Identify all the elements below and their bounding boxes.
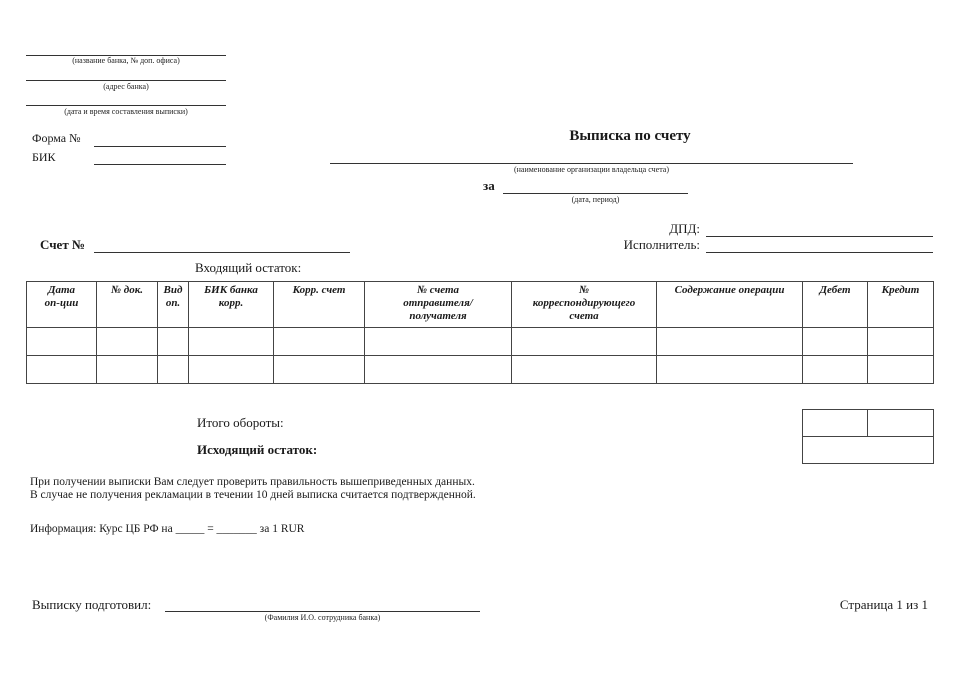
table-cell[interactable] (189, 328, 274, 356)
prepared-by-label: Выписку подготовил: (32, 597, 151, 613)
column-header-corresponding-account: №корреспондирующегосчета (512, 282, 657, 328)
table-cell[interactable] (803, 356, 868, 384)
column-header-corr-bank-bik: БИК банкакорр. (189, 282, 274, 328)
bank-address-caption: (адрес банка) (26, 82, 226, 91)
form-number-label: Форма № (32, 131, 81, 146)
statement-table: Датаоп-ции № док. Видоп. БИК банкакорр. … (26, 281, 934, 384)
dpd-field[interactable] (706, 236, 933, 237)
column-header-debit: Дебет (803, 282, 868, 328)
table-cell[interactable] (158, 328, 189, 356)
page-number: Страница 1 из 1 (780, 597, 928, 613)
opening-balance-label: Входящий остаток: (195, 260, 301, 276)
bank-address-line[interactable] (26, 80, 226, 81)
totals-table (802, 409, 934, 464)
executor-field[interactable] (706, 252, 933, 253)
table-cell[interactable] (512, 328, 657, 356)
table-row (27, 356, 934, 384)
bik-field[interactable] (94, 164, 226, 165)
table-cell[interactable] (97, 356, 158, 384)
datetime-caption: (дата и время составления выписки) (26, 107, 226, 116)
column-header-doc-number: № док. (97, 282, 158, 328)
table-cell[interactable] (365, 328, 512, 356)
bik-label: БИК (32, 150, 56, 165)
exchange-rate-info: Информация: Курс ЦБ РФ на _____ = ______… (30, 523, 304, 535)
table-cell[interactable] (189, 356, 274, 384)
dpd-label: ДПД: (600, 221, 700, 237)
datetime-line[interactable] (26, 105, 226, 106)
column-header-credit: Кредит (868, 282, 934, 328)
table-header-row: Датаоп-ции № док. Видоп. БИК банкакорр. … (27, 282, 934, 328)
table-cell[interactable] (27, 356, 97, 384)
bank-name-caption: (название банка, № доп. офиса) (26, 56, 226, 65)
closing-balance-label: Исходящий остаток: (197, 442, 317, 458)
account-number-label: Счет № (40, 237, 85, 253)
notice-line-1: При получении выписки Вам следует провер… (30, 476, 475, 488)
closing-balance-cell[interactable] (803, 437, 934, 464)
table-row (27, 328, 934, 356)
table-cell[interactable] (868, 328, 934, 356)
column-header-corr-account: Корр. счет (274, 282, 365, 328)
column-header-date: Датаоп-ции (27, 282, 97, 328)
column-header-description: Содержание операции (657, 282, 803, 328)
period-field[interactable] (503, 193, 688, 194)
column-header-sender-receiver-account: № счетаотправителя/получателя (365, 282, 512, 328)
period-label: за (483, 178, 495, 194)
credit-total-cell[interactable] (868, 410, 934, 437)
form-number-field[interactable] (94, 146, 226, 147)
period-caption: (дата, период) (503, 195, 688, 204)
debit-total-cell[interactable] (803, 410, 868, 437)
table-cell[interactable] (512, 356, 657, 384)
table-cell[interactable] (274, 328, 365, 356)
table-cell[interactable] (803, 328, 868, 356)
table-cell[interactable] (657, 328, 803, 356)
turnover-label: Итого обороты: (197, 415, 284, 431)
notice-line-2: В случае не получения рекламации в течен… (30, 489, 476, 501)
page-title: Выписка по счету (330, 128, 930, 145)
table-cell[interactable] (27, 328, 97, 356)
account-number-field[interactable] (94, 252, 350, 253)
table-cell[interactable] (657, 356, 803, 384)
table-cell[interactable] (158, 356, 189, 384)
table-cell[interactable] (274, 356, 365, 384)
table-cell[interactable] (868, 356, 934, 384)
column-header-op-type: Видоп. (158, 282, 189, 328)
prepared-by-caption: (Фамилия И.О. сотрудника банка) (165, 613, 480, 622)
prepared-by-field[interactable] (165, 611, 480, 612)
table-cell[interactable] (97, 328, 158, 356)
executor-label: Исполнитель: (580, 237, 700, 253)
table-cell[interactable] (365, 356, 512, 384)
owner-name-caption: (наименование организации владельца счет… (330, 165, 853, 174)
owner-name-field[interactable] (330, 163, 853, 164)
